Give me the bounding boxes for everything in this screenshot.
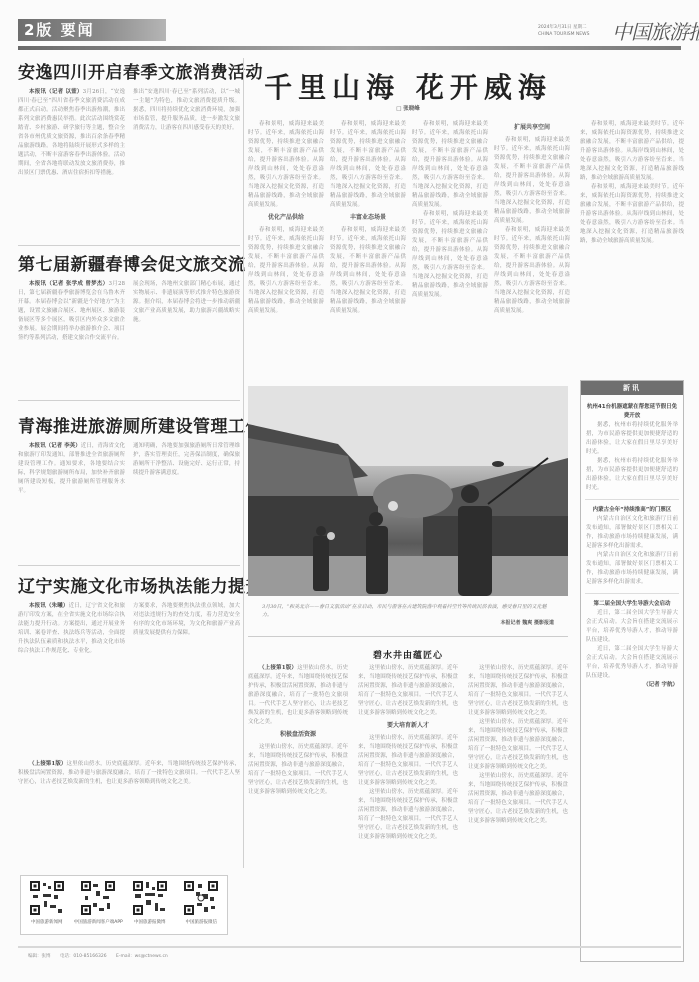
sub-story-headline: 碧水井由蕴匠心: [248, 648, 568, 661]
photo-caption: 3月30日，“和美北京——春日文旅活动”在京启动，市民与游客在古建筑院落中观看抖…: [248, 597, 568, 637]
story-xinjiang: 第七届新疆春博会促文旅交流 本报讯（记者 张学成 曾梦杰）3月28日，第七届新疆…: [18, 250, 240, 343]
qr-item[interactable]: 中国旅游报微信: [177, 881, 225, 925]
subhead: 要大培育新人才: [358, 718, 458, 734]
main-headline: 千里山海 花开威海: [248, 66, 568, 106]
qr-item[interactable]: 中国旅游新闻客户端APP: [74, 881, 122, 925]
footer-info: 编辑：张博 电话：010-85166326 E-mail：ws@ctnews.c…: [28, 953, 176, 959]
subhead: 优化产品供给: [248, 210, 324, 226]
qr-code-icon[interactable]: [30, 881, 64, 915]
footer-editor: 编辑：张博: [28, 954, 51, 959]
story-sichuan: 安逸四川开启春季文旅消费活动 本报讯（记者 以萱）3月26日，“安逸四川·春已至…: [18, 58, 240, 178]
qr-label: 中国旅游报微信: [186, 919, 218, 925]
story-body-col1: 本报讯（记者 张学成 曾梦杰）3月28日，第七届新疆春季旅游博览会在乌鲁木齐开幕…: [18, 280, 125, 343]
subhead: 积极盘活资源: [248, 727, 348, 743]
main-author: □ 张晓峰: [248, 104, 568, 112]
divider: [18, 565, 240, 566]
main-body-col4: 扩展共享空间 春和景明，威海迎来最美时节。近年来，威海依托山海资源优势，持续推进…: [494, 120, 570, 380]
section-label: 2版 要闻: [18, 19, 166, 41]
sidebar-item-body: 近日，第二届全国大学生导游大会正式启动。大会旨在搭建交流展示平台，培养优秀导游人…: [581, 609, 683, 690]
sidebar-credit: （记者 宇航）: [643, 682, 678, 688]
story-body-col2: 方案要求，各地要聚焦执法重点领域，加大对违法违规行为的查处力度，着力营造安全有序…: [133, 602, 240, 656]
story-body-col2: 通知明确，各地要加强旅游厕所日常管理维护，落实管理责任，完善保洁制度，确保旅游厕…: [133, 442, 240, 496]
story-body-col1: 本报讯（记者 李英）近日，青海省文化和旅游厅印发通知，部署推进全省旅游厕所建设管…: [18, 442, 125, 496]
story-byline: 本报讯（朱曦）: [29, 603, 69, 609]
footer-phone: 电话：010-85166326: [60, 954, 107, 959]
diabolo-performance-photo: [248, 386, 568, 596]
qr-code-icon[interactable]: [133, 881, 167, 915]
sidebar-item-body: 据悉，杭州市将持续优化服务举措，为市民游客提供更加便捷舒适的出游体验，让大家在假…: [581, 421, 683, 493]
subhead: 丰富业态场景: [330, 210, 406, 226]
sidebar-header: 新讯: [581, 381, 683, 395]
continued-story: （上接第1版）这里依山傍水，历史底蕴深厚。近年来，当地围绕传统技艺保护传承，积极…: [18, 760, 240, 787]
sub-story-col1: （上接第1版）这里依山傍水，历史底蕴深厚。近年来，当地围绕传统技艺保护传承，积极…: [248, 664, 348, 874]
qr-code-icon[interactable]: [184, 881, 218, 915]
subhead: 扩展共享空间: [494, 120, 570, 136]
divider: [18, 400, 240, 401]
main-body-col1: 春和景明，威海迎来最美时节。近年来，威海依托山海资源优势，持续推进文旅融合发展，…: [248, 120, 324, 316]
masthead-rule: [18, 46, 681, 50]
story-body-col2: 展会现场，各地州文旅部门精心布展，通过实物展示、非遗展演等形式推介特色旅游资源。…: [133, 280, 240, 343]
qr-label: 中国旅游报微博: [134, 919, 166, 925]
qr-label: 中国旅游新闻网: [31, 919, 63, 925]
masthead: 2版 要闻 2024年3月31日 星期二 CHINA TOURISM NEWS …: [18, 16, 681, 52]
divider: [585, 499, 679, 500]
story-body-col1: 本报讯（朱曦）近日，辽宁省文化和旅游厅印发方案，在全省实施文化市场综合执法能力提…: [18, 602, 125, 656]
qr-label: 中国旅游新闻客户端APP: [74, 919, 123, 925]
column-divider: [243, 58, 244, 868]
story-byline: 本报讯（记者 张学成 曾梦杰）: [29, 281, 108, 287]
news-photo: [248, 386, 568, 596]
story-headline: 辽宁实施文化市场执法能力提升行动: [18, 572, 240, 602]
footer-rule: [18, 946, 681, 948]
main-body-col5: 春和景明，威海迎来最美时节。近年来，威海依托山海资源优势，持续推进文旅融合发展，…: [580, 120, 684, 370]
publication-meta: 2024年3月31日 星期二 CHINA TOURISM NEWS: [538, 24, 608, 38]
news-brief-sidebar: 新讯 杭州41台机器遮蒙在帮您延节假日免费开放 据悉，杭州市将持续优化服务举措，…: [580, 380, 684, 962]
story-byline: 本报讯（记者 李英）: [29, 443, 81, 449]
photo-credit: 本报记者 魏爽 摄影报道: [262, 619, 554, 627]
story-headline: 第七届新疆春博会促文旅交流: [18, 250, 240, 280]
divider: [585, 593, 679, 594]
sidebar-item-title: 内蒙古全年“持续推高”的门票区: [581, 506, 683, 515]
qr-item[interactable]: 中国旅游新闻网: [23, 881, 71, 925]
story-headline: 青海推进旅游厕所建设管理工作: [18, 412, 240, 442]
sidebar-item-title: 第二届全国大学生导游大会启动: [581, 600, 683, 609]
newspaper-logo: 中国旅游报: [612, 16, 699, 45]
english-name: CHINA TOURISM NEWS: [538, 31, 608, 38]
qr-item[interactable]: 中国旅游报微博: [126, 881, 174, 925]
sidebar-item-body: 内蒙古自治区文化和旅游厅日前发布通知，部署做好景区门票相关工作，推动旅游市场持续…: [581, 515, 683, 587]
story-qinghai: 青海推进旅游厕所建设管理工作 本报讯（记者 李英）近日，青海省文化和旅游厅印发通…: [18, 412, 240, 496]
qr-code-panel: 中国旅游新闻网 中国旅游新闻客户端APP 中国旅游报微博 中国旅游报微信: [20, 875, 228, 935]
divider: [18, 245, 240, 246]
sub-story-col2: 这里依山傍水，历史底蕴深厚。近年来，当地围绕传统技艺保护传承，积极盘活闲置资源，…: [358, 664, 458, 944]
story-body-col2: 推出“安逸四川·春已至”系列活动，以“一城一主题”为特色，推动文旅消费提质升级。…: [133, 88, 240, 178]
story-headline: 安逸四川开启春季文旅消费活动: [18, 58, 240, 88]
story-byline: 本报讯（记者 以萱）: [29, 89, 83, 95]
main-body-col3: 春和景明，威海迎来最美时节。近年来，威海依托山海资源优势，持续推进文旅融合发展，…: [412, 120, 488, 300]
qr-code-icon[interactable]: [81, 881, 115, 915]
footer-email: E-mail：ws@ctnews.cn: [116, 954, 168, 959]
sidebar-item-title: 杭州41台机器遮蒙在帮您延节假日免费开放: [581, 403, 683, 421]
issue-date: 2024年3月31日 星期二: [538, 24, 608, 31]
story-liaoning: 辽宁实施文化市场执法能力提升行动 本报讯（朱曦）近日，辽宁省文化和旅游厅印发方案…: [18, 572, 240, 656]
sub-story-col3: 这里依山傍水，历史底蕴深厚。近年来，当地围绕传统技艺保护传承，积极盘活闲置资源，…: [468, 664, 568, 944]
story-body-col1: 本报讯（记者 以萱）3月26日，“安逸四川·春已至”四川省春季文旅消费活动在成都…: [18, 88, 125, 178]
main-body-col2: 春和景明，威海迎来最美时节。近年来，威海依托山海资源优势，持续推进文旅融合发展，…: [330, 120, 406, 316]
